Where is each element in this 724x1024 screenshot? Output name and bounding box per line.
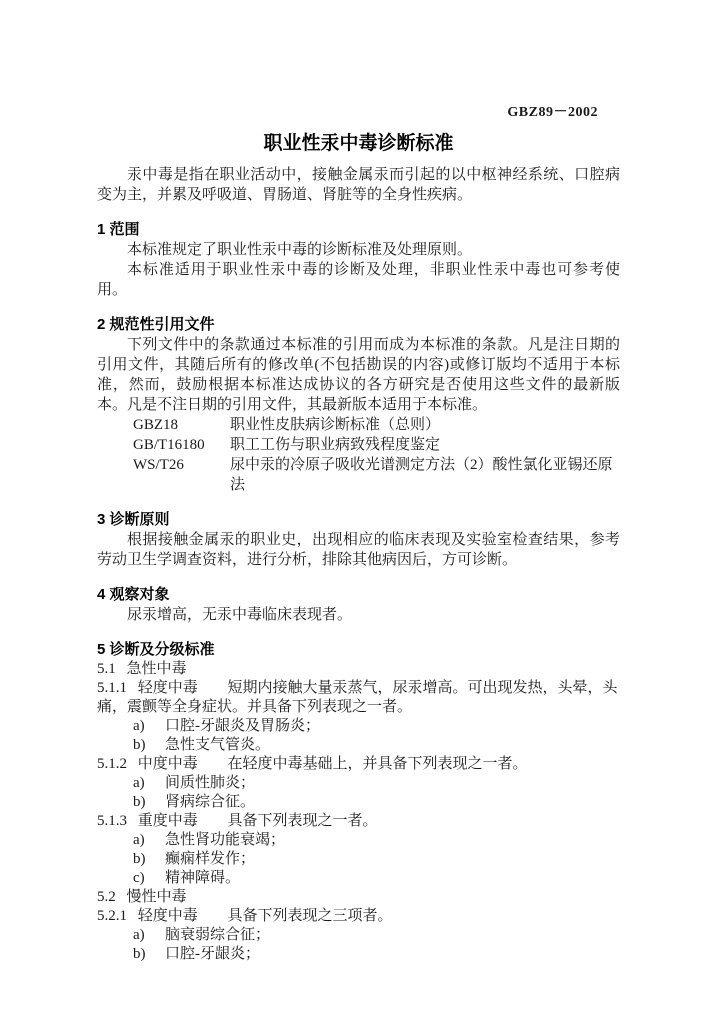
clause-5-2-1: 5.2.1 轻度中毒 具备下列表现之三项者。 <box>97 907 620 926</box>
page-content: GBZ89－2002 职业性汞中毒诊断标准 汞中毒是指在职业活动中，接触金属汞而… <box>97 103 620 964</box>
section-5-body: 5.1 急性中毒 5.1.1 轻度中毒 短期内接触大量汞蒸气，尿汞增高。可出现发… <box>97 660 620 964</box>
item-label: b) <box>133 793 165 812</box>
clause-text: 具备下列表现之一者。 <box>228 813 378 829</box>
clause-title: 轻度中毒 <box>138 908 198 924</box>
reference-title: 职业性皮肤病诊断标准（总则） <box>230 415 620 435</box>
item-text: 肾病综合征。 <box>165 793 620 812</box>
clause-5-2: 5.2 慢性中毒 <box>97 888 620 907</box>
clause-title: 慢性中毒 <box>127 889 187 905</box>
list-item: b) 肾病综合征。 <box>97 793 620 812</box>
clause-number: 5.2.1 <box>97 908 127 924</box>
clause-title: 急性中毒 <box>127 661 187 677</box>
clause-number: 5.2 <box>97 889 116 905</box>
item-label: b) <box>133 945 165 964</box>
section-3-paragraph: 根据接触金属汞的职业史，出现相应的临床表现及实验室检查结果，参考劳动卫生学调查资… <box>97 530 620 570</box>
reference-title: 尿中汞的冷原子吸收光谱测定方法（2）酸性氯化亚锡还原法 <box>230 455 620 495</box>
clause-number: 5.1.1 <box>97 680 127 696</box>
item-label: b) <box>133 850 165 869</box>
item-text: 癫痫样发作； <box>165 850 620 869</box>
clause-5-1-2: 5.1.2 中度中毒 在轻度中毒基础上，并具备下列表现之一者。 <box>97 755 620 774</box>
section-5-heading: 5 诊断及分级标准 <box>97 640 620 660</box>
reference-row: GBZ18 职业性皮肤病诊断标准（总则） <box>97 415 620 435</box>
item-label: c) <box>133 869 165 888</box>
list-item: a) 间质性肺炎； <box>97 774 620 793</box>
clause-text: 在轻度中毒基础上，并具备下列表现之一者。 <box>228 756 528 772</box>
item-text: 急性肾功能衰竭； <box>165 831 620 850</box>
list-item: a) 口腔-牙龈炎及胃肠炎； <box>97 717 620 736</box>
section-4-heading: 4 观察对象 <box>97 585 620 605</box>
list-item: b) 癫痫样发作； <box>97 850 620 869</box>
item-text: 口腔-牙龈炎； <box>165 945 620 964</box>
document-page: GBZ89－2002 职业性汞中毒诊断标准 汞中毒是指在职业活动中，接触金属汞而… <box>0 0 724 1024</box>
item-text: 口腔-牙龈炎及胃肠炎； <box>165 717 620 736</box>
item-label: a) <box>133 717 165 736</box>
section-1-paragraph: 本标准适用于职业性汞中毒的诊断及处理，非职业性汞中毒也可参考使用。 <box>97 260 620 300</box>
section-1-paragraph: 本标准规定了职业性汞中毒的诊断标准及处理原则。 <box>97 240 620 260</box>
item-text: 急性支气管炎。 <box>165 736 620 755</box>
reference-code: GB/T16180 <box>133 435 230 455</box>
list-item: b) 急性支气管炎。 <box>97 736 620 755</box>
page-title: 职业性汞中毒诊断标准 <box>97 131 620 157</box>
clause-5-1: 5.1 急性中毒 <box>97 660 620 679</box>
item-label: a) <box>133 774 165 793</box>
section-1-heading: 1 范围 <box>97 220 620 240</box>
list-item: b) 口腔-牙龈炎； <box>97 945 620 964</box>
clause-number: 5.1.2 <box>97 756 127 772</box>
intro-paragraph: 汞中毒是指在职业活动中，接触金属汞而引起的以中枢神经系统、口腔病变为主，并累及呼… <box>97 165 620 205</box>
item-text: 脑衰弱综合征； <box>165 926 620 945</box>
clause-text: 具备下列表现之三项者。 <box>228 908 393 924</box>
list-item: a) 急性肾功能衰竭； <box>97 831 620 850</box>
clause-number: 5.1 <box>97 661 116 677</box>
item-label: a) <box>133 831 165 850</box>
list-item: a) 脑衰弱综合征； <box>97 926 620 945</box>
item-text: 间质性肺炎； <box>165 774 620 793</box>
clause-5-1-1: 5.1.1 轻度中毒 短期内接触大量汞蒸气，尿汞增高。可出现发热，头晕，头痛，震… <box>97 679 620 717</box>
doc-number: GBZ89－2002 <box>97 103 620 123</box>
clause-title: 中度中毒 <box>138 756 198 772</box>
clause-title: 轻度中毒 <box>138 680 198 696</box>
list-item: c) 精神障碍。 <box>97 869 620 888</box>
section-2-heading: 2 规范性引用文件 <box>97 315 620 335</box>
item-label: a) <box>133 926 165 945</box>
clause-number: 5.1.3 <box>97 813 127 829</box>
section-4-paragraph: 尿汞增高，无汞中毒临床表现者。 <box>97 605 620 625</box>
item-label: b) <box>133 736 165 755</box>
reference-row: WS/T26 尿中汞的冷原子吸收光谱测定方法（2）酸性氯化亚锡还原法 <box>97 455 620 495</box>
reference-code: GBZ18 <box>133 415 230 435</box>
reference-code: WS/T26 <box>133 455 230 495</box>
section-3-heading: 3 诊断原则 <box>97 510 620 530</box>
reference-row: GB/T16180 职工工伤与职业病致残程度鉴定 <box>97 435 620 455</box>
reference-title: 职工工伤与职业病致残程度鉴定 <box>230 435 620 455</box>
item-text: 精神障碍。 <box>165 869 620 888</box>
clause-5-1-3: 5.1.3 重度中毒 具备下列表现之一者。 <box>97 812 620 831</box>
clause-title: 重度中毒 <box>138 813 198 829</box>
section-2-paragraph: 下列文件中的条款通过本标准的引用而成为本标准的条款。凡是注日期的引用文件，其随后… <box>97 335 620 415</box>
